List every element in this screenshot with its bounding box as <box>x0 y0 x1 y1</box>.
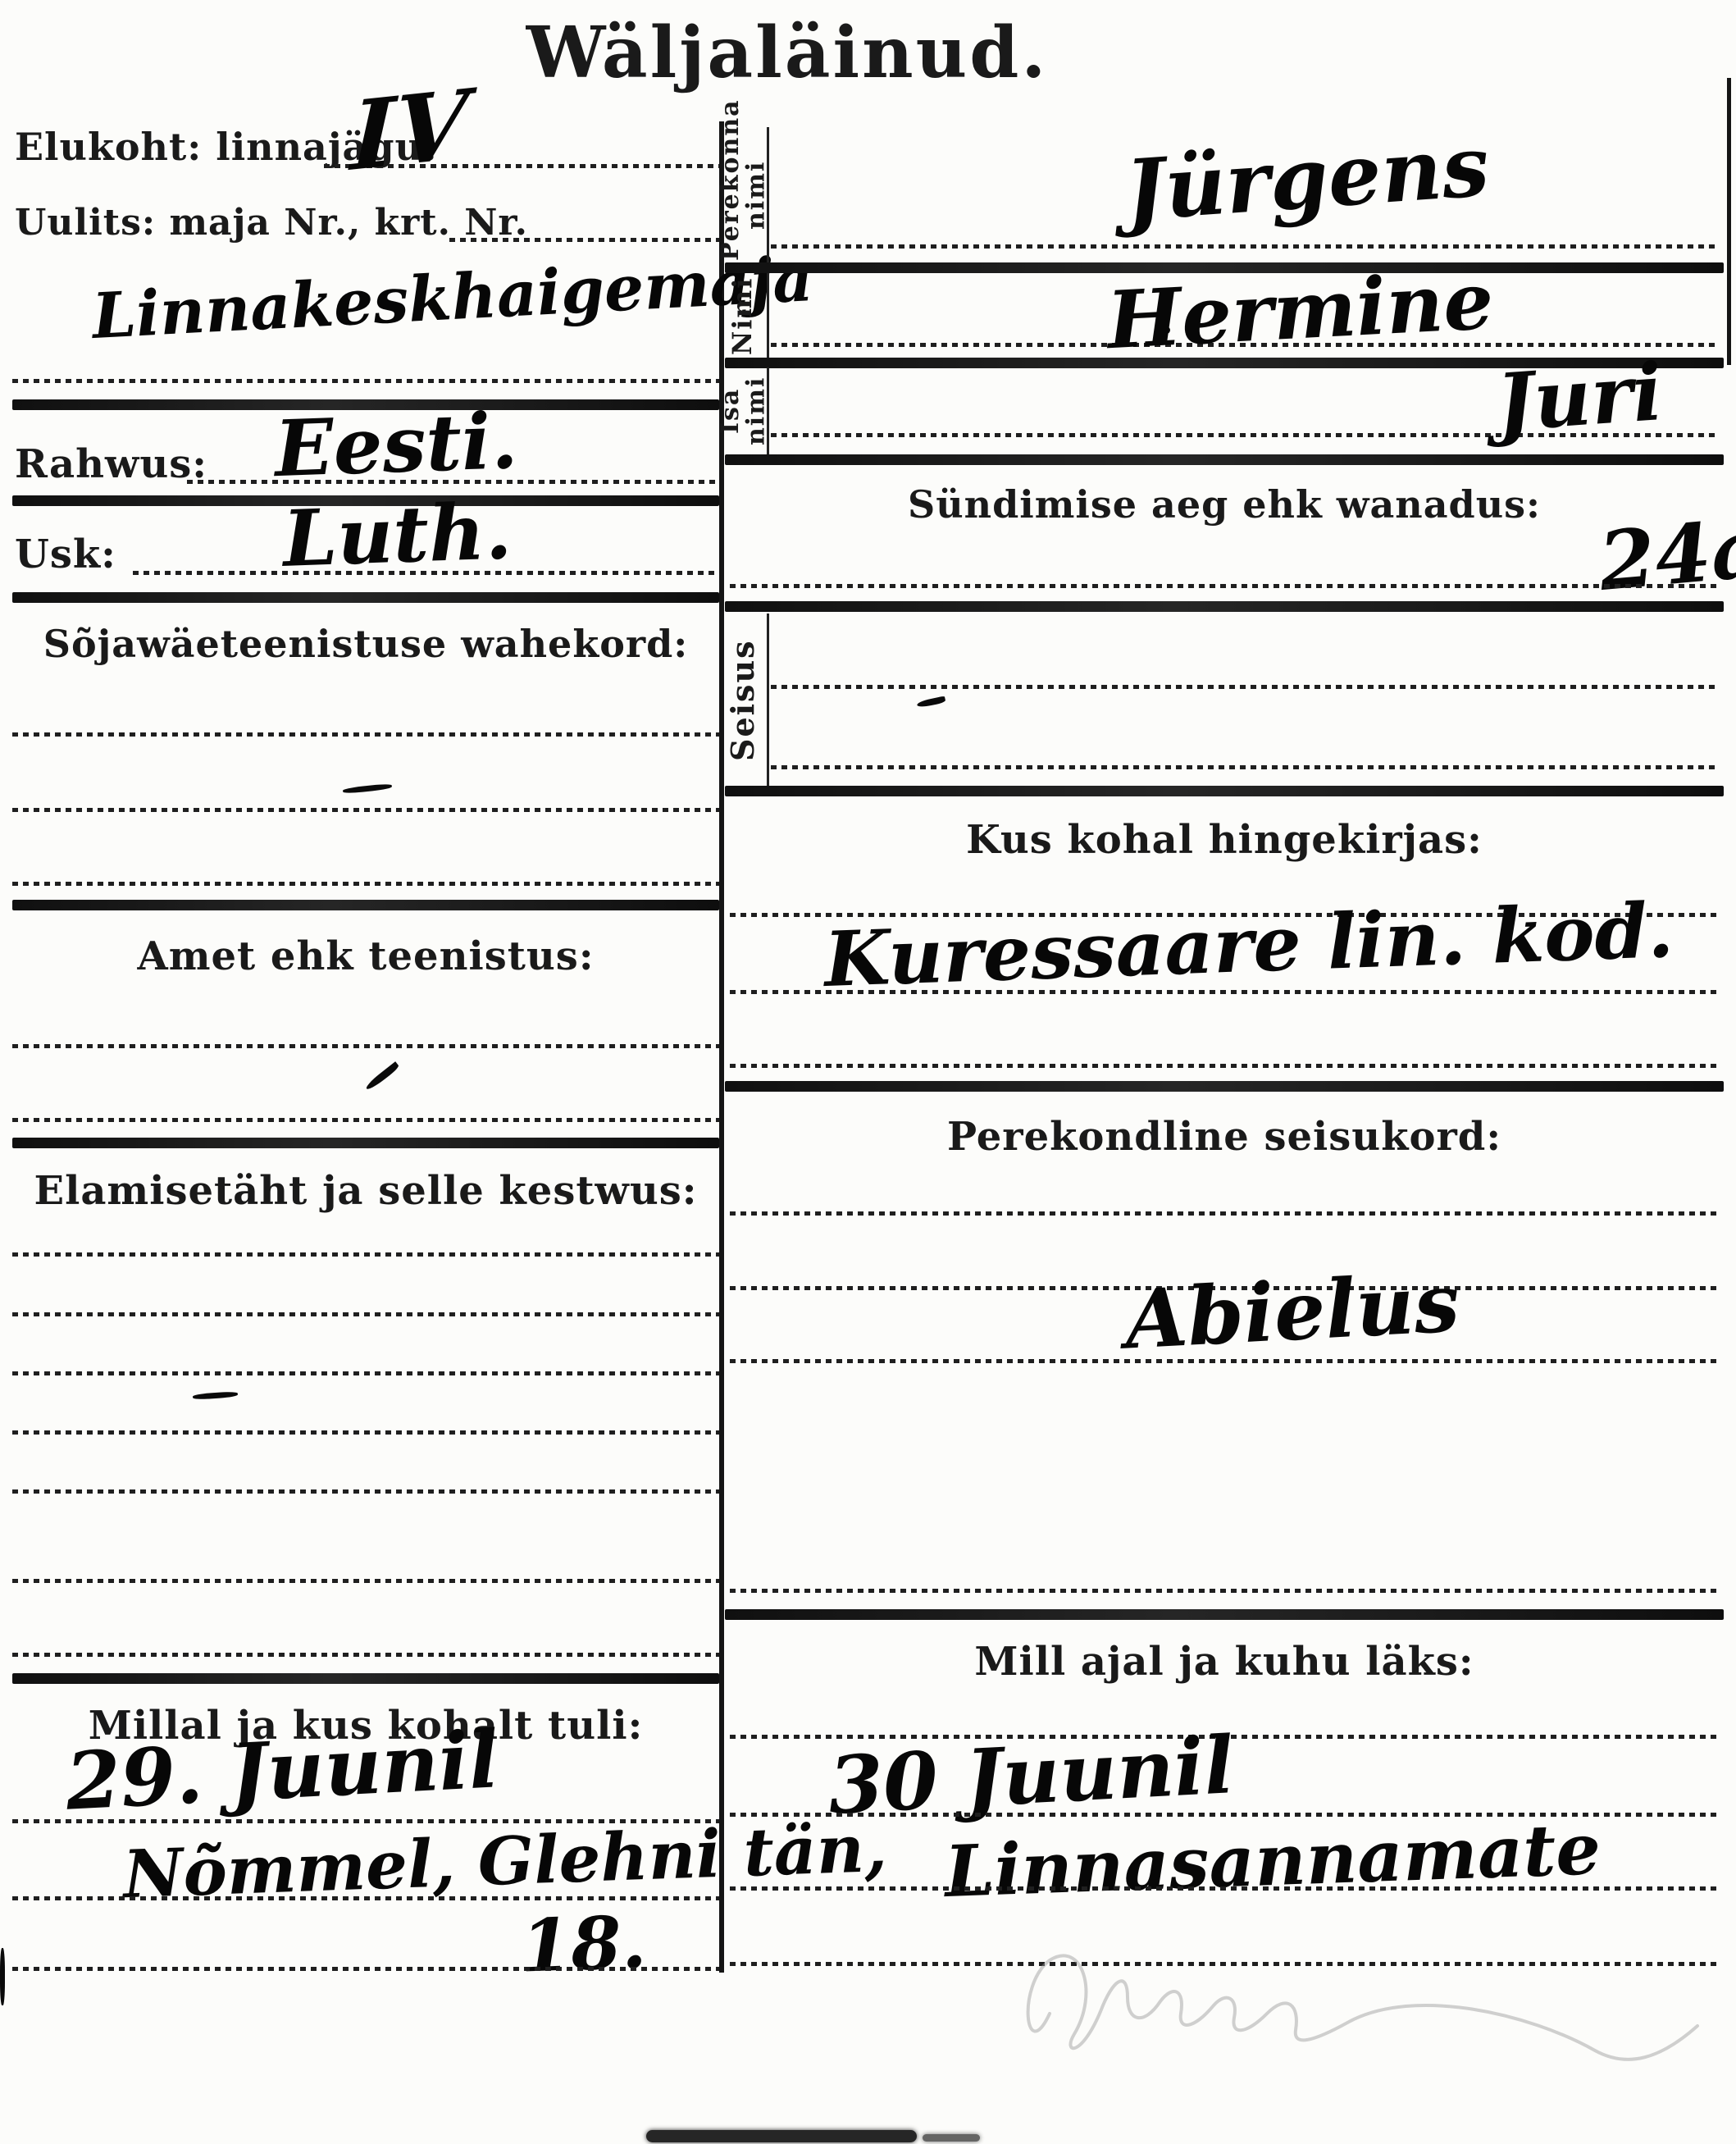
label-box-rule <box>767 614 769 786</box>
section-divider <box>725 454 1724 465</box>
pen-mark <box>343 783 392 794</box>
faint-pencil-signature <box>1005 1936 1726 2092</box>
dotted-line <box>771 244 1718 249</box>
scanned-registration-card: Wäljaläinud. Elukoht: linnajägu: IV Uuli… <box>0 0 1736 2144</box>
label-box-rule <box>767 273 769 358</box>
section-divider <box>725 786 1724 796</box>
field-value-millal-tuli-3: 18. <box>519 1899 648 1988</box>
field-value-rahwus: Eesti. <box>273 396 519 495</box>
dotted-line <box>730 1211 1718 1216</box>
label-box-rule <box>767 367 769 454</box>
dotted-line <box>449 238 719 243</box>
dotted-line <box>730 990 1718 995</box>
pen-mark <box>917 696 946 708</box>
section-divider <box>12 592 719 603</box>
field-value-hingekirjas: Kuressaare lin. kod. <box>822 886 1674 1004</box>
dotted-line <box>12 1312 719 1317</box>
field-value-sundimise: 24a. <box>1595 499 1736 609</box>
dotted-line <box>12 808 719 813</box>
dotted-line <box>12 1579 719 1584</box>
section-divider <box>725 1081 1724 1092</box>
dotted-line <box>730 1886 1718 1891</box>
field-value-perekonna-nimi: Jürgens <box>1122 117 1492 241</box>
rotated-label-box: Isa nimi <box>720 367 766 454</box>
dotted-line <box>730 1064 1718 1069</box>
section-divider <box>725 1609 1724 1620</box>
pen-mark <box>193 1391 238 1400</box>
dotted-line <box>730 1589 1718 1594</box>
section-divider <box>12 1673 719 1684</box>
dotted-line <box>12 1489 719 1494</box>
section-heading-sundimise: Sündimise aeg ehk wanadus: <box>725 482 1724 527</box>
dotted-line <box>12 1653 719 1658</box>
dotted-line <box>12 1430 719 1435</box>
label-box-rule <box>767 127 769 262</box>
field-label-usk: Usk: <box>15 531 116 577</box>
section-heading-hingekirjas: Kus kohal hingekirjas: <box>725 817 1724 863</box>
field-value-usk: Luth. <box>281 486 513 585</box>
scan-smudge <box>923 2134 980 2142</box>
field-label-seisus: Seisus <box>727 616 759 784</box>
section-heading-mill-laks: Mill ajal ja kuhu läks: <box>725 1639 1724 1685</box>
page-title: Wäljaläinud. <box>459 11 1115 94</box>
section-heading-amet: Amet ehk teenistus: <box>12 933 719 979</box>
right-edge-line <box>1727 78 1731 365</box>
scan-edge-speck <box>0 1948 5 2005</box>
dotted-line <box>771 765 1718 770</box>
field-label-perekonna-nimi: Perekonna nimi <box>718 130 769 261</box>
pen-mark <box>364 1061 399 1092</box>
dotted-line <box>12 1044 719 1049</box>
section-heading-sojawaeteenistuse: Sõjawäeteenistuse wahekord: <box>12 622 719 666</box>
section-divider <box>12 900 719 910</box>
field-value-isa-nimi: Juri <box>1493 345 1665 449</box>
field-value-uulits: Linnakeskhaigemaja <box>90 242 814 353</box>
dotted-line <box>730 1359 1718 1364</box>
field-value-perekondline: Abielus <box>1123 1256 1461 1367</box>
dotted-line <box>730 584 1718 589</box>
dotted-line <box>12 882 719 887</box>
dotted-line <box>12 1967 719 1972</box>
field-label-nimi: Nimi <box>729 275 757 357</box>
dotted-line <box>12 1118 719 1123</box>
dotted-line <box>12 1252 719 1257</box>
dotted-line <box>12 1371 719 1376</box>
rotated-label-box: Perekonna nimi <box>720 127 766 262</box>
section-heading-elamisetaht: Elamisetäht ja selle kestwus: <box>12 1168 719 1214</box>
field-value-mill-laks-2: Linnasannamate <box>943 1808 1602 1914</box>
section-divider <box>12 1138 719 1148</box>
field-label-isa-nimi: Isa nimi <box>718 370 769 452</box>
scan-smudge <box>646 2130 917 2142</box>
rotated-label-box: Seisus <box>720 614 766 786</box>
dotted-line <box>12 379 719 384</box>
section-divider <box>725 601 1724 612</box>
field-label-rahwus: Rahwus: <box>15 441 207 487</box>
section-heading-perekondline: Perekondline seisukord: <box>725 1114 1724 1160</box>
field-value-elukoht: IV <box>349 69 470 193</box>
rotated-label-box: Nimi <box>720 273 766 358</box>
field-value-nimi: Hermine <box>1105 254 1496 367</box>
dotted-line <box>771 685 1718 690</box>
dotted-line <box>12 732 719 737</box>
